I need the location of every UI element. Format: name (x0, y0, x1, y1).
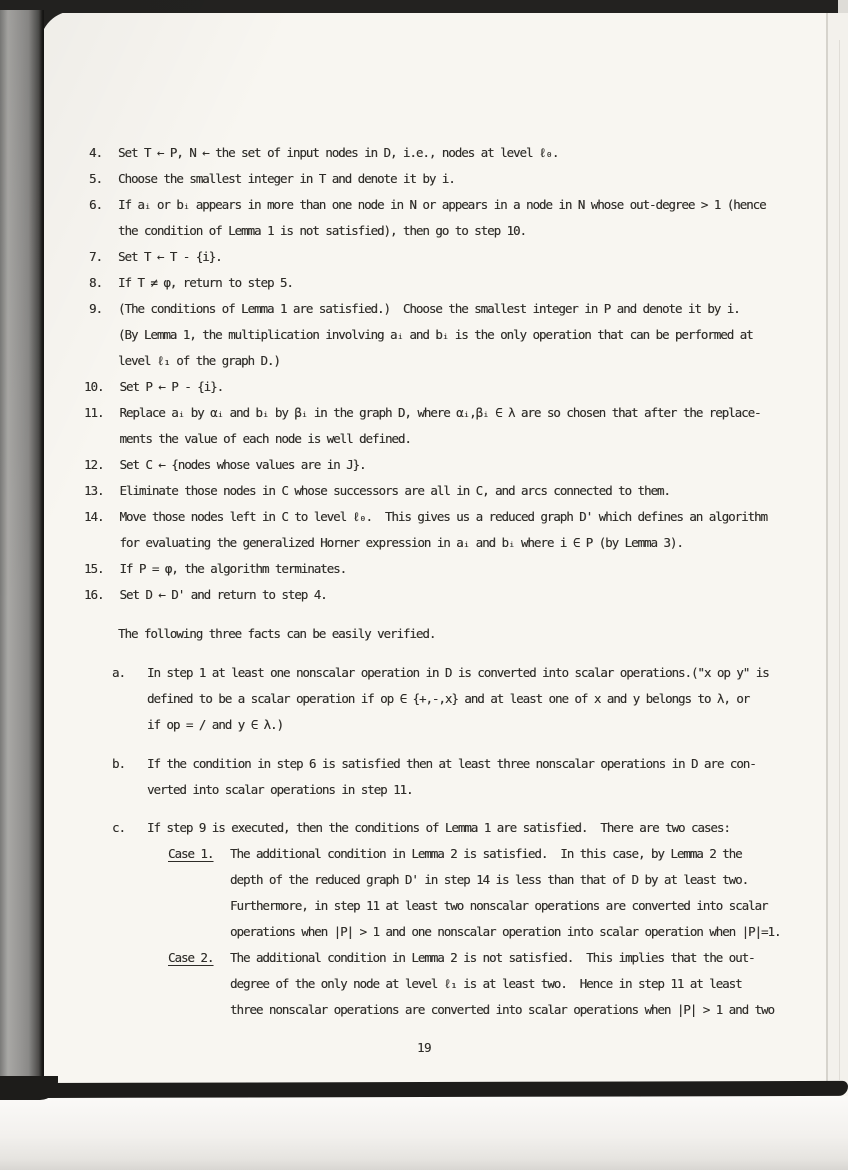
text-line: If the condition in step 6 is satisfied … (147, 751, 756, 777)
step-text: If T ≠ φ, return to step 5. (118, 270, 293, 296)
step-number: 9. (84, 296, 102, 374)
text-line: level ℓ₁ of the graph D.) (118, 348, 753, 374)
step-number: 10. (84, 374, 103, 400)
algorithm-step: 15. If P = φ, the algorithm terminates. (84, 556, 790, 582)
case-label: Case 1. (168, 841, 214, 945)
text-line: Set T ← T - {i}. (118, 244, 222, 270)
text-line: operations when |P| > 1 and one nonscala… (230, 919, 780, 945)
text-line: for evaluating the generalized Horner ex… (119, 530, 767, 556)
underpage-edge-line (839, 40, 840, 1080)
algorithm-step: 6. If aᵢ or bᵢ appears in more than one … (84, 192, 790, 244)
step-text: Set T ← T - {i}. (118, 244, 222, 270)
step-text: Choose the smallest integer in T and den… (118, 166, 455, 192)
text-line: The additional condition in Lemma 2 is n… (230, 945, 774, 971)
text-line: If T ≠ φ, return to step 5. (118, 270, 293, 296)
algorithm-step: 10. Set P ← P - {i}. (84, 374, 790, 400)
fact-item-b: b. If the condition in step 6 is satisfi… (84, 751, 790, 803)
book-binding-edge (0, 10, 44, 1088)
algorithm-step: 11. Replace aᵢ by αᵢ and bᵢ by βᵢ in the… (84, 400, 790, 452)
text-line: Eliminate those nodes in C whose success… (119, 478, 669, 504)
text-line: Set D ← D' and return to step 4. (119, 582, 326, 608)
algorithm-step: 9. (The conditions of Lemma 1 are satisf… (84, 296, 790, 374)
text-line: If P = φ, the algorithm terminates. (119, 556, 346, 582)
algorithm-step: 5. Choose the smallest integer in T and … (84, 166, 790, 192)
fact-item-a: a. In step 1 at least one nonscalar oper… (84, 660, 790, 738)
case-2-block: Case 2. The additional condition in Lemm… (84, 945, 790, 1023)
page-bottom-edge-shadow (0, 1081, 848, 1098)
text-line: Set C ← {nodes whose values are in J}. (119, 452, 365, 478)
text-line: (The conditions of Lemma 1 are satisfied… (118, 296, 753, 322)
fact-text: In step 1 at least one nonscalar operati… (147, 660, 769, 738)
fact-item-c: c. If step 9 is executed, then the condi… (84, 815, 790, 841)
algorithm-step: 16. Set D ← D' and return to step 4. (84, 582, 790, 608)
fact-text: If step 9 is executed, then the conditio… (147, 815, 730, 841)
page-right-edge-line (826, 13, 828, 1085)
step-number: 13. (84, 478, 103, 504)
algorithm-step: 4. Set T ← P, N ← the set of input nodes… (84, 140, 790, 166)
step-text: Replace aᵢ by αᵢ and bᵢ by βᵢ in the gra… (119, 400, 760, 452)
step-number: 15. (84, 556, 103, 582)
step-text: If P = φ, the algorithm terminates. (119, 556, 346, 582)
algorithm-step: 14. Move those nodes left in C to level … (84, 504, 790, 556)
case-text: The additional condition in Lemma 2 is s… (230, 841, 780, 945)
step-number: 8. (84, 270, 102, 296)
page-bottom-left-shadow (0, 1076, 58, 1100)
text-line: verted into scalar operations in step 11… (147, 777, 756, 803)
fact-label: c. (112, 815, 126, 841)
algorithm-step: 7. Set T ← T - {i}. (84, 244, 790, 270)
step-number: 4. (84, 140, 102, 166)
text-line: the condition of Lemma 1 is not satisfie… (118, 218, 766, 244)
step-text: Move those nodes left in C to level ℓ₀. … (119, 504, 767, 556)
case-1-block: Case 1. The additional condition in Lemm… (84, 841, 790, 945)
step-text: Set D ← D' and return to step 4. (119, 582, 326, 608)
text-line: defined to be a scalar operation if op ∈… (147, 686, 769, 712)
step-number: 11. (84, 400, 103, 452)
text-line: Move those nodes left in C to level ℓ₀. … (119, 504, 767, 530)
text-line: ments the value of each node is well def… (119, 426, 760, 452)
step-text: Set P ← P - {i}. (119, 374, 223, 400)
step-number: 16. (84, 582, 103, 608)
page-body-text: 4. Set T ← P, N ← the set of input nodes… (84, 140, 790, 1023)
step-number: 6. (84, 192, 102, 244)
text-line: Set P ← P - {i}. (119, 374, 223, 400)
page-corner-curve (40, 11, 120, 81)
step-text: Set C ← {nodes whose values are in J}. (119, 452, 365, 478)
text-line: degree of the only node at level ℓ₁ is a… (230, 971, 774, 997)
algorithm-step: 12. Set C ← {nodes whose values are in J… (84, 452, 790, 478)
scan-top-edge-gap (838, 0, 848, 13)
scanner-background (0, 1096, 848, 1170)
text-line: Replace aᵢ by αᵢ and bᵢ by βᵢ in the gra… (119, 400, 760, 426)
text-line: depth of the reduced graph D' in step 14… (230, 867, 780, 893)
case-text: The additional condition in Lemma 2 is n… (230, 945, 774, 1023)
step-number: 12. (84, 452, 103, 478)
algorithm-step: 8. If T ≠ φ, return to step 5. (84, 270, 790, 296)
text-line: Set T ← P, N ← the set of input nodes in… (118, 140, 558, 166)
text-line: Furthermore, in step 11 at least two non… (230, 893, 780, 919)
text-line: If aᵢ or bᵢ appears in more than one nod… (118, 192, 766, 218)
fact-text: If the condition in step 6 is satisfied … (147, 751, 756, 803)
step-text: If aᵢ or bᵢ appears in more than one nod… (118, 192, 766, 244)
fact-label: a. (112, 660, 126, 738)
scanned-document-page: 4. Set T ← P, N ← the set of input nodes… (0, 0, 848, 1170)
text-line: if op = / and y ∈ λ.) (147, 712, 769, 738)
step-number: 14. (84, 504, 103, 556)
fact-label: b. (112, 751, 126, 803)
step-text: Eliminate those nodes in C whose success… (119, 478, 669, 504)
step-text: (The conditions of Lemma 1 are satisfied… (118, 296, 753, 374)
page-right-margin-strip (828, 13, 848, 1085)
step-number: 7. (84, 244, 102, 270)
text-line: three nonscalar operations are converted… (230, 997, 774, 1023)
step-text: Set T ← P, N ← the set of input nodes in… (118, 140, 558, 166)
text-line: (By Lemma 1, the multiplication involvin… (118, 322, 753, 348)
scan-top-edge (0, 0, 838, 13)
page-number: 19 (0, 1040, 848, 1055)
text-line: In step 1 at least one nonscalar operati… (147, 660, 769, 686)
algorithm-step: 13. Eliminate those nodes in C whose suc… (84, 478, 790, 504)
case-label: Case 2. (168, 945, 214, 1023)
facts-intro: The following three facts can be easily … (84, 621, 790, 647)
text-line: If step 9 is executed, then the conditio… (147, 815, 730, 841)
step-number: 5. (84, 166, 102, 192)
text-line: The additional condition in Lemma 2 is s… (230, 841, 780, 867)
text-line: Choose the smallest integer in T and den… (118, 166, 455, 192)
